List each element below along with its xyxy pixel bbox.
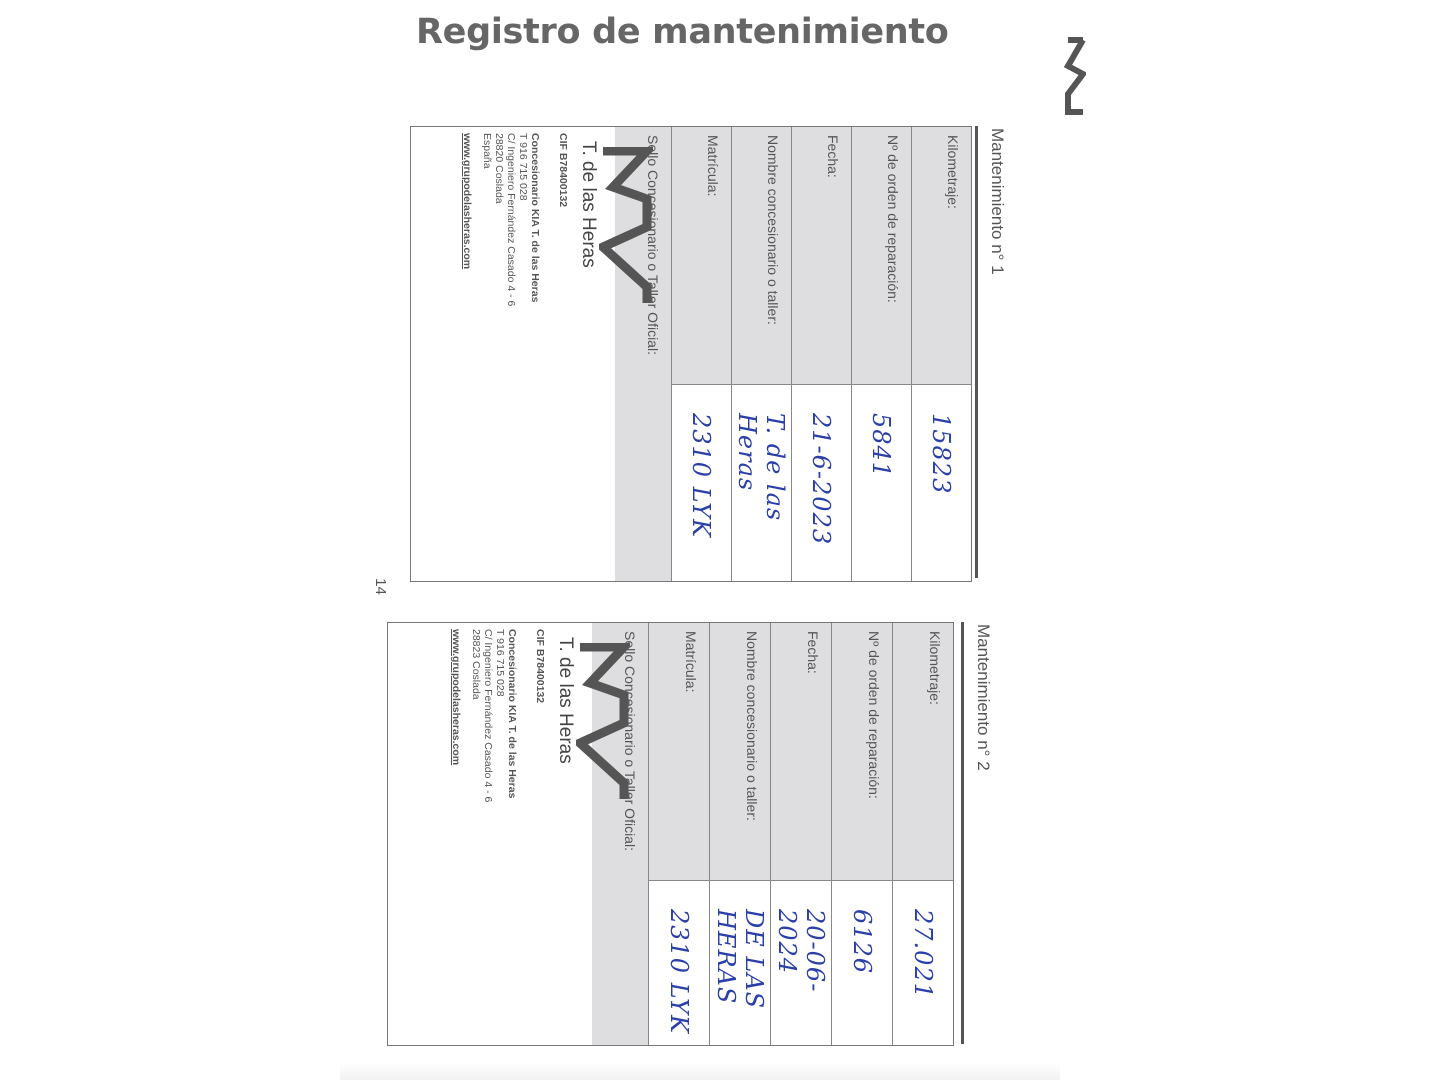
dealer-address-line: 28820 Coslada	[493, 133, 505, 204]
field-row: Kilometraje:27.021	[892, 623, 953, 1045]
dealer-address-line: C/ Ingeniero Fernández Casado 4 - 6	[505, 133, 517, 306]
dealer-address-line: España	[481, 133, 493, 169]
dealer-address-line: T 916 715 028	[494, 629, 506, 697]
field-value[interactable]: T. de las Heras	[732, 385, 791, 581]
field-row: Nº de orden de reparación:6126	[831, 623, 892, 1045]
field-label: Kilometraje:	[912, 127, 971, 385]
dealer-website-link[interactable]: www.grupodelasheras.com	[450, 629, 462, 765]
field-label: Nº de orden de reparación:	[852, 127, 911, 385]
dealer-stamp: T. de las Heras CIF B78400132 Concesiona…	[386, 623, 592, 1045]
dealer-name: T. de las Heras	[554, 637, 576, 764]
scan-edge-shadow	[340, 1062, 1060, 1080]
dealer-website-link[interactable]: www.grupodelasheras.com	[461, 133, 473, 269]
field-row: Nombre concesionario o taller:T. de las …	[731, 127, 791, 581]
record-table: Kilometraje:15823Nº de orden de reparaci…	[410, 126, 972, 582]
dealer-address-line: C/ Ingeniero Fernández Casado 4 - 6	[482, 629, 494, 802]
field-row: Nombre concesionario o taller:DE LAS HER…	[709, 623, 770, 1045]
field-value[interactable]: 21-6-2023	[792, 385, 851, 581]
field-row: Fecha:21-6-2023	[791, 127, 851, 581]
record-heading: Mantenimiento n° 2	[961, 622, 998, 1044]
field-value[interactable]: 6126	[832, 881, 892, 1045]
field-label: Matrícula:	[672, 127, 731, 385]
field-value[interactable]: 15823	[912, 385, 971, 581]
record-table: Kilometraje:27.021Nº de orden de reparac…	[387, 622, 954, 1046]
dealer-stamp: T. de las Heras CIF B78400132 Concesiona…	[409, 127, 615, 581]
dealer-name: T. de las Heras	[577, 141, 599, 268]
field-value[interactable]: 2310 LYK	[649, 881, 709, 1045]
stamp-row: Sello Concesionario o Taller Oficial: T.…	[386, 623, 648, 1045]
field-row: Kilometraje:15823	[911, 127, 971, 581]
kia-stamp-logo-icon	[599, 147, 653, 307]
field-value[interactable]: DE LAS HERAS	[710, 881, 770, 1045]
field-value[interactable]: 5841	[852, 385, 911, 581]
kia-stamp-logo-icon	[576, 643, 630, 803]
maintenance-record-2: Mantenimiento n° 2 Kilometraje:27.021Nº …	[384, 622, 998, 1046]
field-label: Nº de orden de reparación:	[832, 623, 892, 881]
field-row: Matrícula:2310 LYK	[648, 623, 709, 1045]
page-title: Registro de mantenimiento	[416, 12, 949, 52]
dealer-address-line: T 916 715 028	[517, 133, 529, 201]
dealer-cif: CIF B78400132	[534, 629, 546, 703]
field-label: Nombre concesionario o taller:	[732, 127, 791, 385]
field-row: Nº de orden de reparación:5841	[851, 127, 911, 581]
field-value[interactable]: 2310 LYK	[672, 385, 731, 581]
field-label: Matrícula:	[649, 623, 709, 881]
kia-logo-icon	[1064, 36, 1086, 116]
stamp-row: Sello Concesionario o Taller Oficial: T.…	[409, 127, 671, 581]
field-value[interactable]: 20-06-2024	[771, 881, 831, 1045]
field-label: Nombre concesionario o taller:	[710, 623, 770, 881]
maintenance-record-1: Mantenimiento n° 1 Kilometraje:15823Nº d…	[410, 126, 1012, 582]
field-row: Matrícula:2310 LYK	[671, 127, 731, 581]
field-label: Kilometraje:	[893, 623, 953, 881]
page-number: 14	[372, 578, 389, 595]
field-label: Fecha:	[771, 623, 831, 881]
field-row: Fecha:20-06-2024	[770, 623, 831, 1045]
dealer-address-line: Concesionario KIA T. de las Heras	[529, 133, 541, 302]
dealer-cif: CIF B78400132	[557, 133, 569, 207]
dealer-address-line: Concesionario KIA T. de las Heras	[506, 629, 518, 798]
dealer-address-line: 28823 Coslada	[470, 629, 482, 700]
field-label: Fecha:	[792, 127, 851, 385]
field-value[interactable]: 27.021	[893, 881, 953, 1045]
record-heading: Mantenimiento n° 1	[975, 126, 1012, 578]
